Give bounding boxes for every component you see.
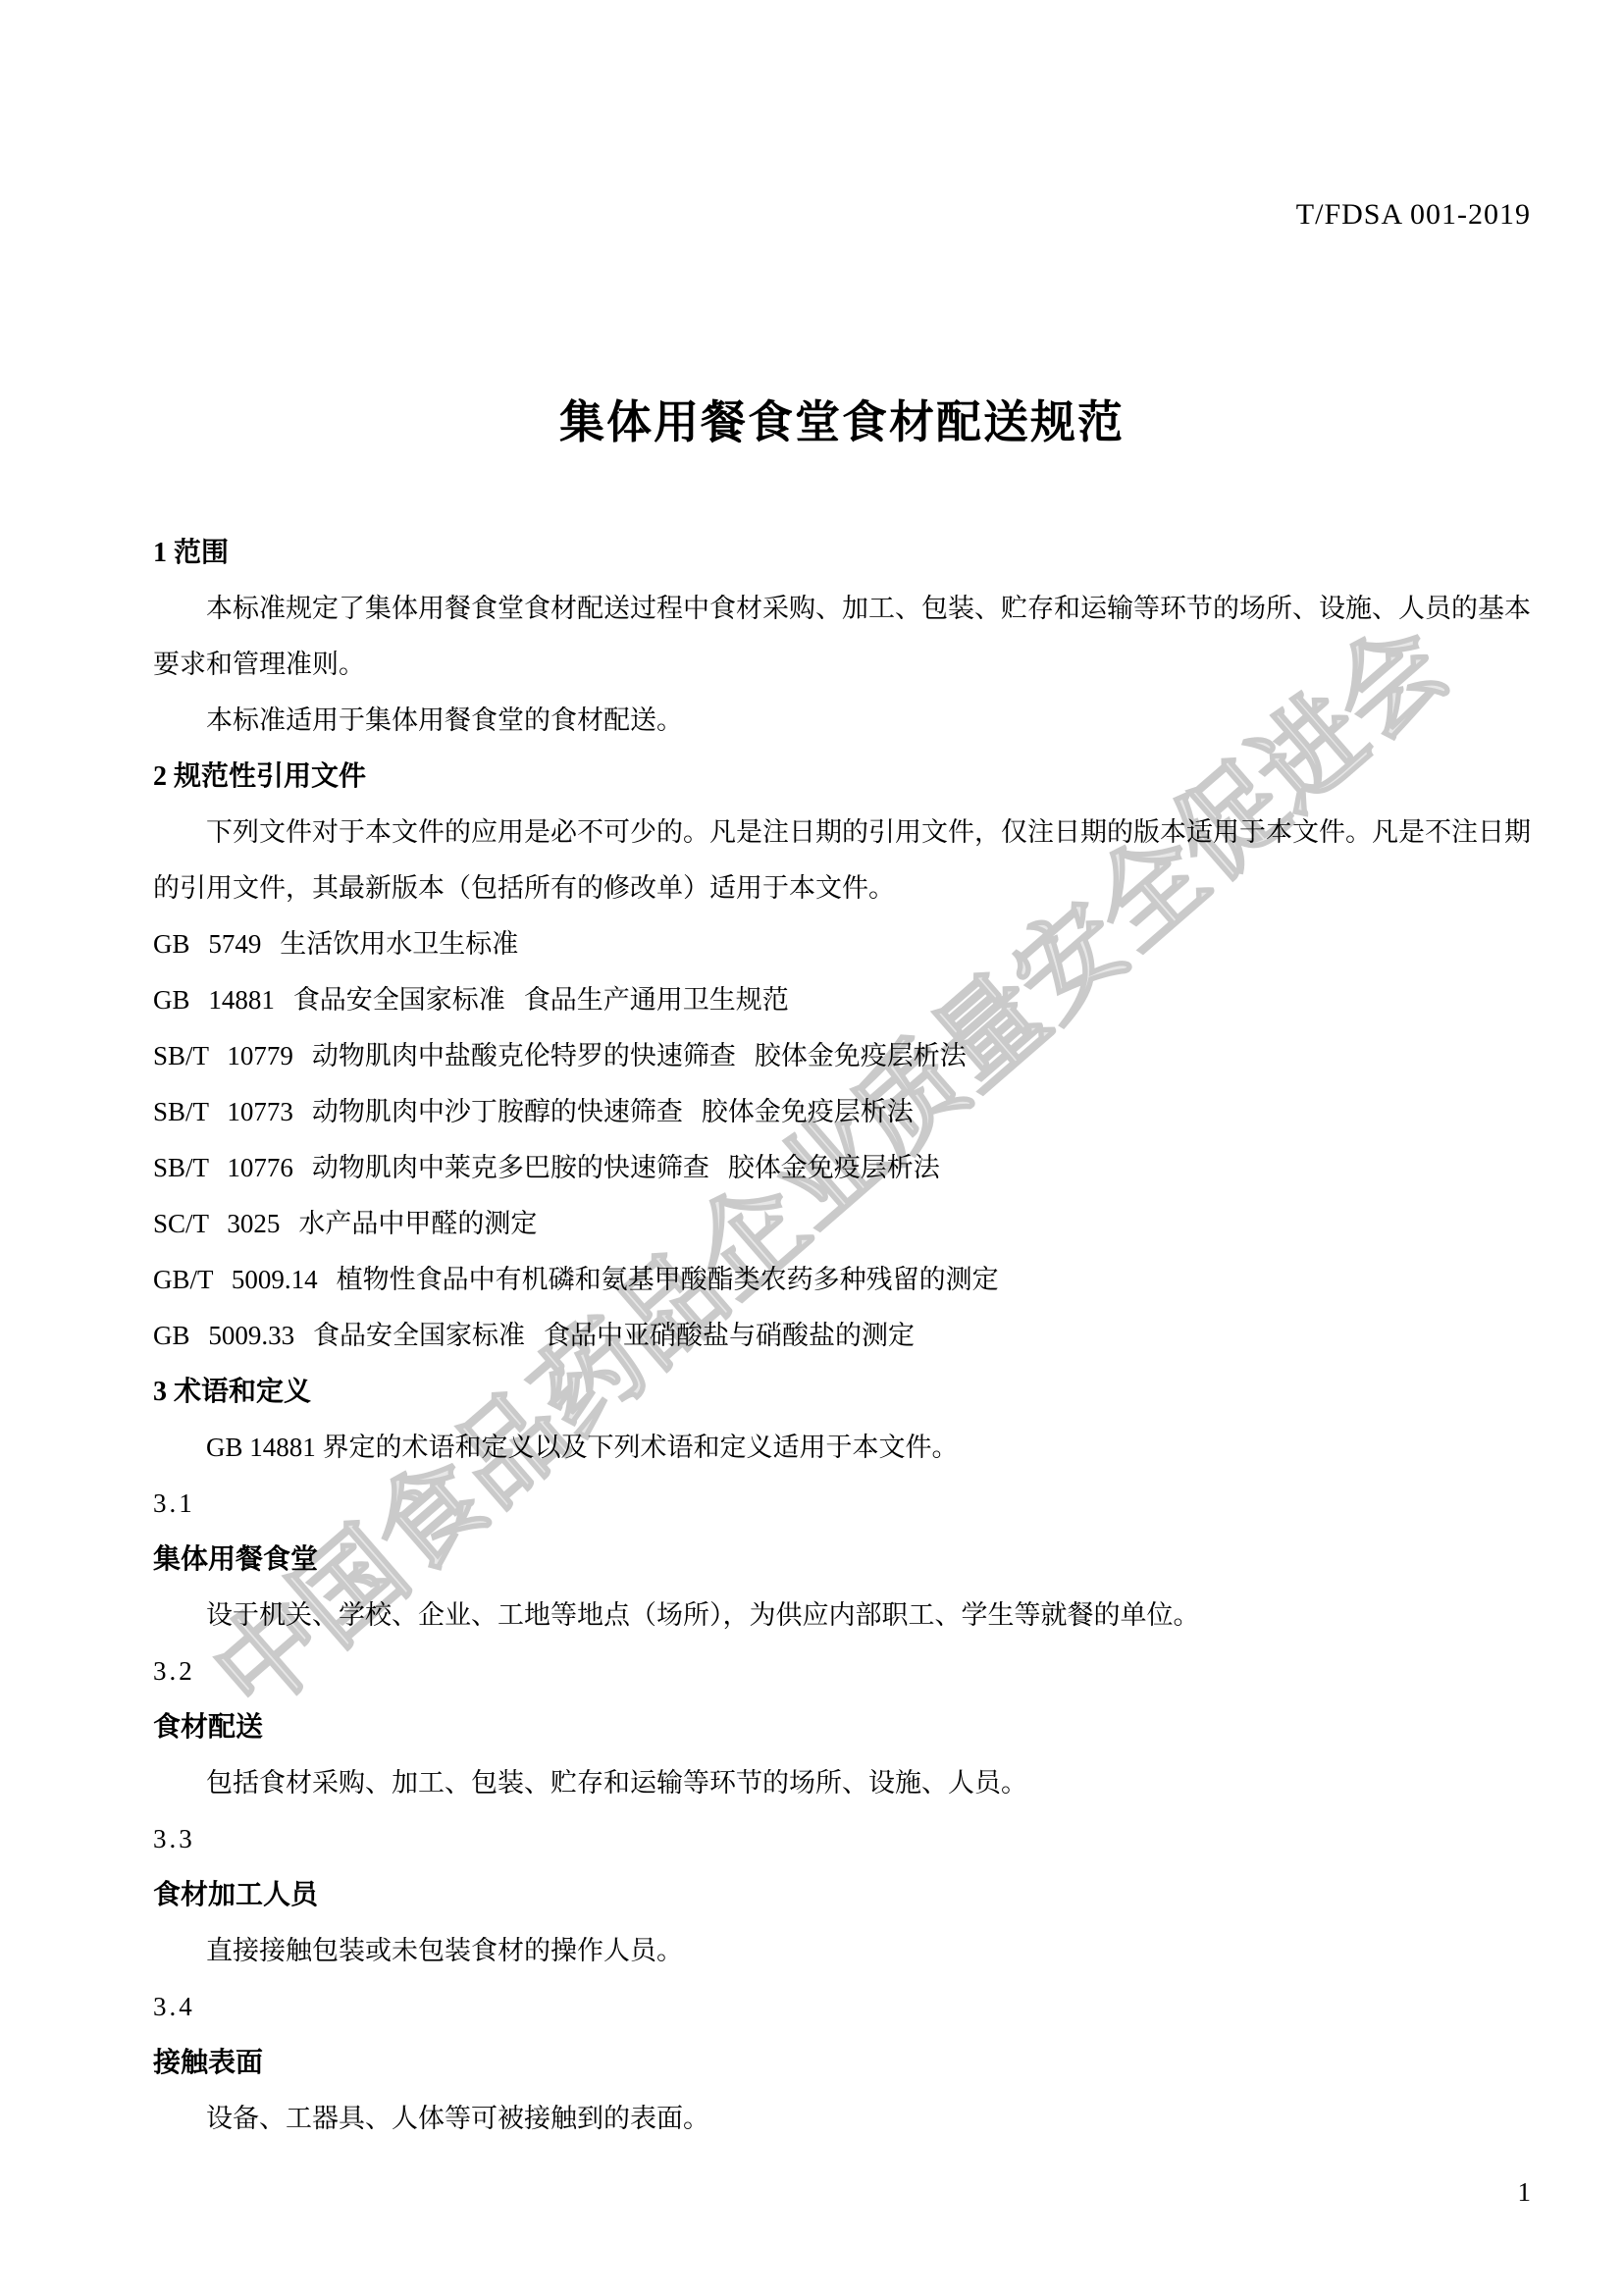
page-number: 1	[1518, 2165, 1532, 2220]
term-name-3-4: 接触表面	[153, 2035, 1531, 2091]
reference-item: SC/T 3025 水产品中甲醛的测定	[153, 1196, 1531, 1252]
reference-item: GB 5009.33 食品安全国家标准 食品中亚硝酸盐与硝酸盐的测定	[153, 1308, 1531, 1364]
term-number-3-3: 3.3	[153, 1811, 1531, 1867]
term-definition-3-4: 设备、工器具、人体等可被接触到的表面。	[153, 2091, 1531, 2147]
section-2-intro: 下列文件对于本文件的应用是必不可少的。凡是注日期的引用文件，仅注日期的版本适用于…	[153, 805, 1531, 916]
term-definition-3-2: 包括食材采购、加工、包装、贮存和运输等环节的场所、设施、人员。	[153, 1755, 1531, 1811]
term-name-3-3: 食材加工人员	[153, 1867, 1531, 1923]
term-number-3-1: 3.1	[153, 1476, 1531, 1532]
reference-item: GB 14881 食品安全国家标准 食品生产通用卫生规范	[153, 972, 1531, 1028]
reference-item: SB/T 10779 动物肌肉中盐酸克伦特罗的快速筛查 胶体金免疫层析法	[153, 1028, 1531, 1084]
section-2-heading: 2 规范性引用文件	[153, 749, 1531, 805]
document-page: 中国食品药品企业质量安全促进会 T/FDSA 001-2019 集体用餐食堂食材…	[0, 0, 1624, 2295]
term-name-3-2: 食材配送	[153, 1699, 1531, 1755]
term-definition-3-1: 设于机关、学校、企业、工地等地点（场所），为供应内部职工、学生等就餐的单位。	[153, 1588, 1531, 1643]
section-1-heading: 1 范围	[153, 525, 1531, 581]
reference-item: GB/T 5009.14 植物性食品中有机磷和氨基甲酸酯类农药多种残留的测定	[153, 1252, 1531, 1308]
document-body: 1 范围 本标准规定了集体用餐食堂食材配送过程中食材采购、加工、包装、贮存和运输…	[153, 525, 1531, 2147]
term-name-3-1: 集体用餐食堂	[153, 1532, 1531, 1588]
section-3-intro: GB 14881 界定的术语和定义以及下列术语和定义适用于本文件。	[153, 1420, 1531, 1476]
doc-number: T/FDSA 001-2019	[1296, 198, 1531, 232]
reference-item: SB/T 10773 动物肌肉中沙丁胺醇的快速筛查 胶体金免疫层析法	[153, 1084, 1531, 1140]
term-definition-3-3: 直接接触包装或未包装食材的操作人员。	[153, 1923, 1531, 1979]
term-number-3-4: 3.4	[153, 1979, 1531, 2035]
reference-item: GB 5749 生活饮用水卫生标准	[153, 916, 1531, 972]
page-title: 集体用餐食堂食材配送规范	[153, 394, 1531, 451]
reference-item: SB/T 10776 动物肌肉中莱克多巴胺的快速筛查 胶体金免疫层析法	[153, 1140, 1531, 1196]
section-1-paragraph-2: 本标准适用于集体用餐食堂的食材配送。	[153, 693, 1531, 749]
section-1-paragraph-1: 本标准规定了集体用餐食堂食材配送过程中食材采购、加工、包装、贮存和运输等环节的场…	[153, 581, 1531, 693]
term-number-3-2: 3.2	[153, 1643, 1531, 1699]
section-3-heading: 3 术语和定义	[153, 1364, 1531, 1420]
